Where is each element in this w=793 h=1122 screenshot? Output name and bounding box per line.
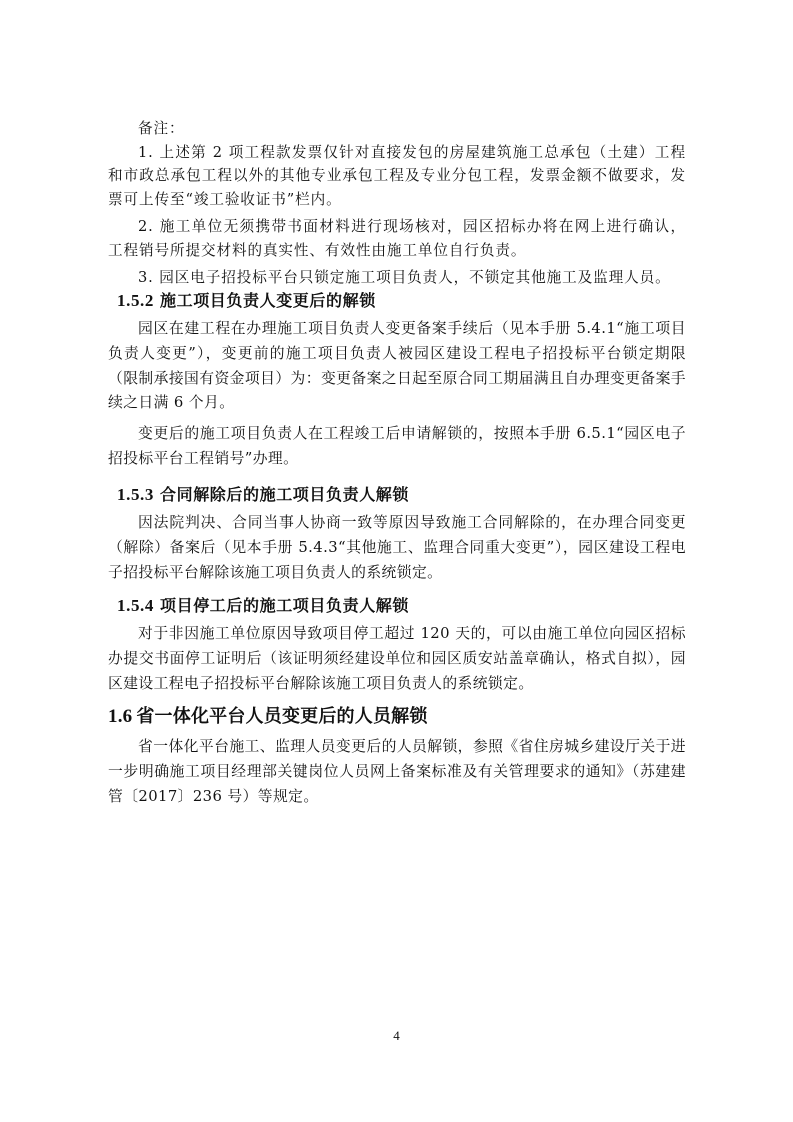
remarks-label: 备注： [108, 117, 686, 141]
page-number: 4 [0, 1028, 793, 1044]
remark-item-2: 2. 施工单位无须携带书面材料进行现场核对，园区招标办将在网上进行确认，工程销号… [108, 215, 686, 262]
section-heading: 1.6省一体化平台人员变更后的人员解锁 [108, 704, 686, 730]
remarks-block: 备注： 1. 上述第 2 项工程款发票仅针对直接发包的房屋建筑施工总承包（土建）… [108, 117, 686, 290]
section-number: 1.5.3 [117, 485, 154, 504]
remark-item-1: 1. 上述第 2 项工程款发票仅针对直接发包的房屋建筑施工总承包（土建）工程和市… [108, 141, 686, 212]
paragraph: 园区在建工程在办理施工项目负责人变更备案手续后（见本手册 5.4.1“施工项目负… [108, 317, 686, 416]
section-title: 项目停工后的施工项目负责人解锁 [160, 596, 409, 615]
paragraph: 因法院判决、合同当事人协商一致等原因导致施工合同解除的，在办理合同变更（解除）备… [108, 511, 686, 585]
section-1-5-4: 1.5.4项目停工后的施工项目负责人解锁 对于非因施工单位原因导致项目停工超过 … [108, 594, 686, 696]
paragraph: 省一体化平台施工、监理人员变更后的人员解锁，参照《省住房城乡建设厅关于进一步明确… [108, 735, 686, 809]
section-1-5-3: 1.5.3合同解除后的施工项目负责人解锁 因法院判决、合同当事人协商一致等原因导… [108, 483, 686, 585]
remark-item-3: 3. 园区电子招投标平台只锁定施工项目负责人，不锁定其他施工及监理人员。 [108, 266, 686, 290]
section-heading: 1.5.3合同解除后的施工项目负责人解锁 [108, 483, 686, 507]
section-title: 合同解除后的施工项目负责人解锁 [160, 485, 409, 504]
section-title: 施工项目负责人变更后的解锁 [160, 291, 376, 310]
section-number: 1.6 [108, 706, 132, 727]
section-1-6: 1.6省一体化平台人员变更后的人员解锁 省一体化平台施工、监理人员变更后的人员解… [108, 704, 686, 809]
section-heading: 1.5.4项目停工后的施工项目负责人解锁 [108, 594, 686, 618]
section-number: 1.5.2 [117, 291, 154, 310]
section-title: 省一体化平台人员变更后的人员解锁 [136, 706, 427, 727]
paragraph: 变更后的施工项目负责人在工程竣工后申请解锁的，按照本手册 6.5.1“园区电子招… [108, 422, 686, 472]
paragraph: 对于非因施工单位原因导致项目停工超过 120 天的，可以由施工单位向园区招标办提… [108, 622, 686, 696]
document-page: 备注： 1. 上述第 2 项工程款发票仅针对直接发包的房屋建筑施工总承包（土建）… [0, 0, 793, 1122]
section-heading: 1.5.2施工项目负责人变更后的解锁 [108, 289, 686, 313]
section-1-5-2: 1.5.2施工项目负责人变更后的解锁 园区在建工程在办理施工项目负责人变更备案手… [108, 289, 686, 472]
section-number: 1.5.4 [117, 596, 154, 615]
